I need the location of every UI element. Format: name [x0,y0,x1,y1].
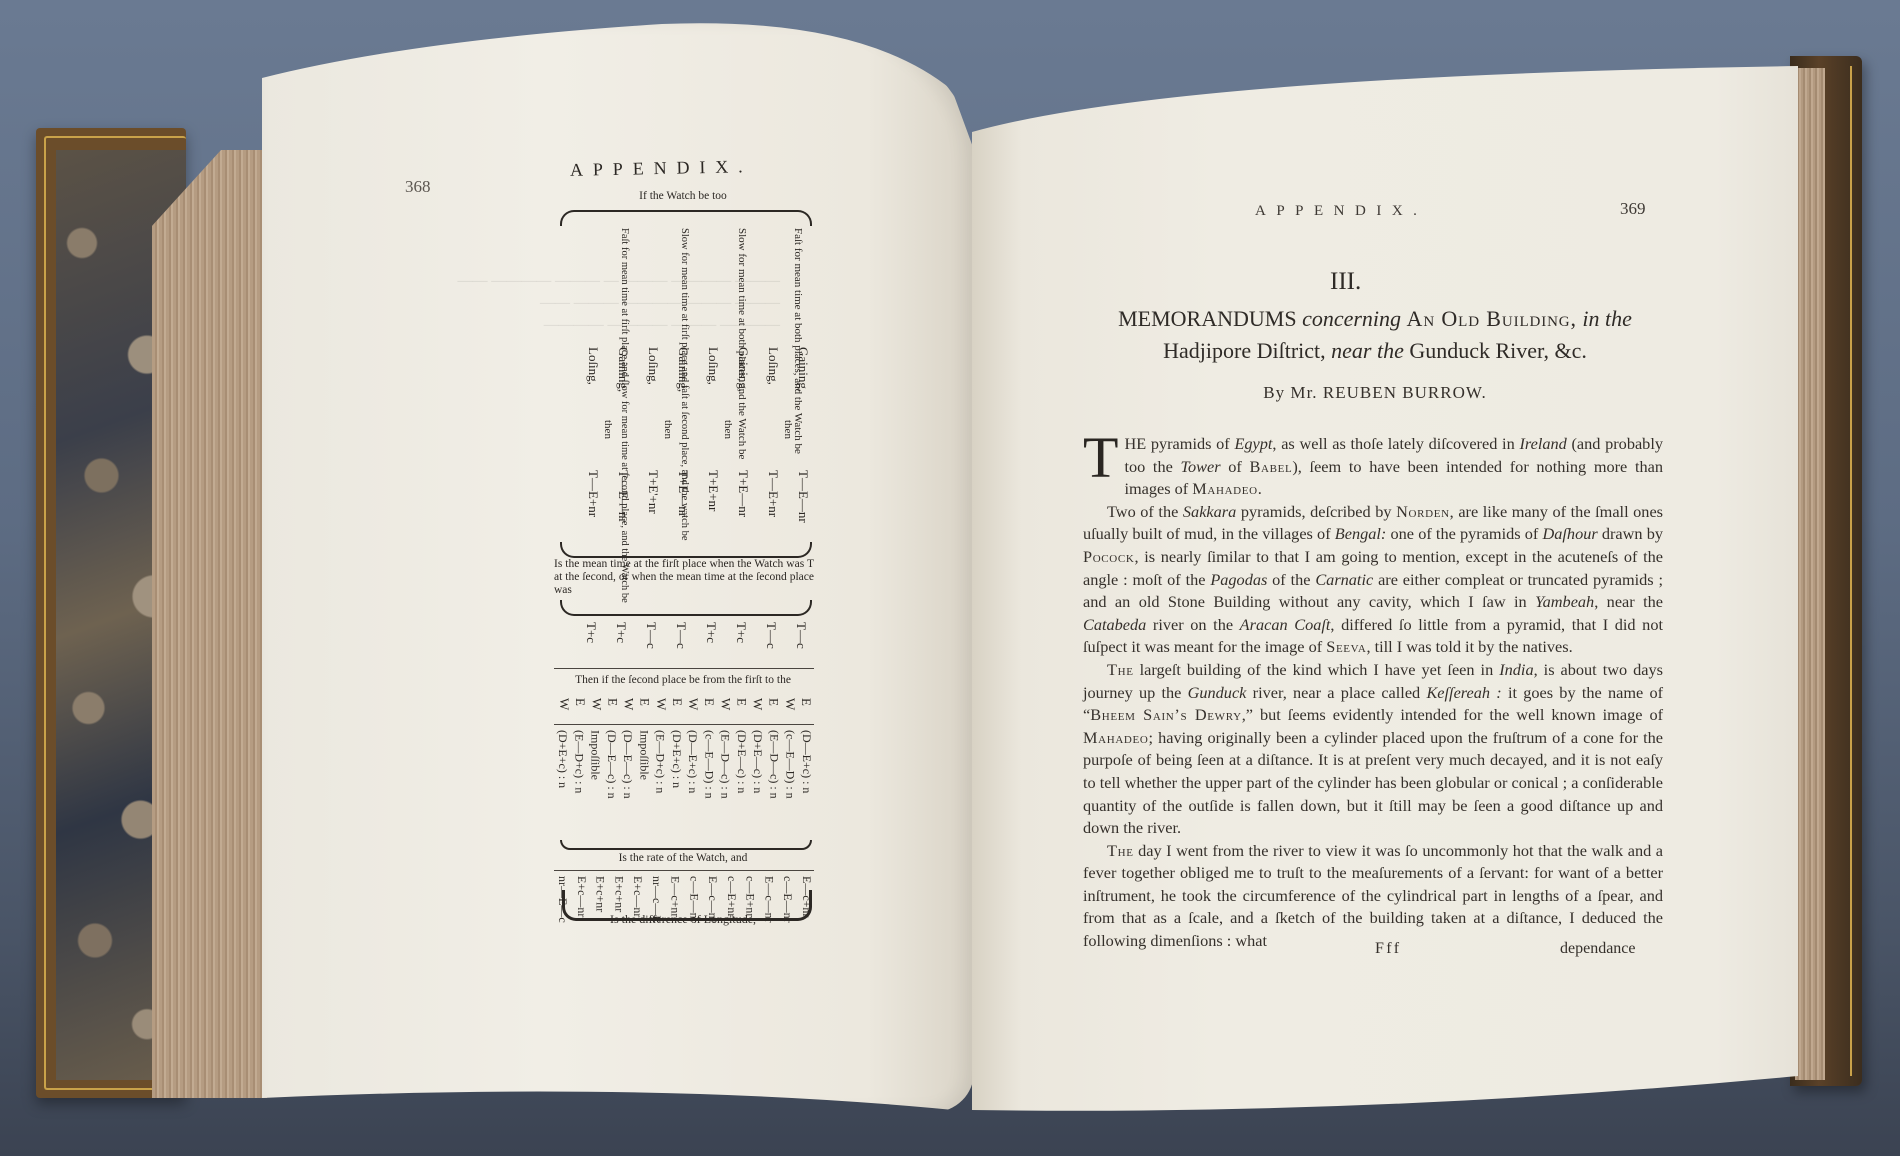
direction: E [766,698,782,710]
text-run: , till I was told it by the natives. [1366,637,1572,656]
brace [560,210,812,226]
text-run: pyramids, deſcribed by [1236,502,1396,521]
title-part: Gunduck River, &c. [1409,338,1587,363]
expr: T—E+nr [586,470,600,540]
table-caption-top: If the Watch be too [548,190,818,202]
rule [554,668,814,669]
text-run: , near the [1594,592,1663,611]
left-page-block-edge [152,150,267,1098]
gain-lose-label: Gaining, [736,347,750,407]
gilt-border [1850,66,1852,1076]
text-run: largeſt building of the kind which I hav… [1134,660,1500,679]
title-part: Hadjipore Diſtrict, [1163,338,1326,363]
text-run: Bengal: [1335,524,1387,543]
text-run: Carnatic [1315,570,1373,589]
brace [560,600,812,616]
direction: E [637,698,653,710]
paragraph: THE pyramids of Egypt, as well as thoſe … [1083,433,1663,501]
direction: E [701,698,717,710]
rate-expr: (E—D—c) : n [767,730,781,830]
text-run: , as well as thoſe lately diſcovered in [1272,434,1519,453]
then-label: then [602,420,614,460]
text-run: Pocock [1083,547,1134,566]
direction: W [588,698,604,710]
expr: T+c [704,622,718,662]
title-part: MEMORANDUMS [1118,306,1296,331]
table-caption-bottom: Is the difference of Longitude, [548,912,818,927]
expr: T—c [794,622,808,662]
gain-lose-label: Gaining, [796,347,810,407]
rate-caption: Is the rate of the Watch, and [548,852,818,864]
rate-expr: (D—E—c) : n [621,730,635,830]
expr: T+E—nr [736,470,750,540]
text-run: India [1499,660,1533,679]
article-title-line-1: MEMORANDUMS concerning An Old Building, … [1080,306,1670,332]
catchword: dependance [1560,940,1636,958]
author-name: REUBEN BURROW. [1323,383,1487,402]
rate-expr: (E—D—c) : n [719,730,733,830]
text-run: Daſhour [1543,524,1598,543]
text-run: HE pyramids of [1124,434,1234,453]
gain-lose-label: Gaining, [616,347,630,407]
text-run: The [1107,660,1134,679]
title-part: in the [1582,306,1632,331]
gain-lose-label: Loſing, [706,347,720,407]
text-run: . [1258,479,1262,498]
rate-expr: (E—D+c) : n [572,730,586,830]
watch-longitude-table: If the Watch be too Faſt for mean time a… [548,190,818,930]
rate-expr: (D+E—c) : n [751,730,765,830]
direction: W [621,698,637,710]
brace [560,840,812,850]
direction: W [782,698,798,710]
text-run: day I went from the river to view it was… [1083,841,1663,950]
expr: T+E+nr [706,470,720,540]
gain-lose-label: Gaining, [676,347,690,407]
text-run: Yambeah [1535,592,1594,611]
expr: T—E+nr [766,470,780,540]
text-run: Gunduck [1188,683,1247,702]
direction: E [572,698,588,710]
rate-expr: (D+E+c) : n [556,730,570,830]
mean-time-caption: Is the mean time at the firſt place when… [554,558,814,597]
text-run: Keſſereah : [1426,683,1501,702]
then-label: then [662,420,674,460]
paragraph: The largeſt building of the kind which I… [1083,659,1663,840]
case-text: Faſt for mean time at firſt place and ſl… [564,228,630,340]
text-run: river, near a place called [1246,683,1426,702]
rate-expr: Impoſſible [637,730,651,830]
direction: E [798,698,814,710]
rate-expr: (D+E+c) : n [670,730,684,830]
paragraph: The day I went from the river to view it… [1083,840,1663,953]
expr: T+E'+nr [646,470,660,540]
case-text: Slow for mean time at both places, and t… [704,228,748,340]
gain-lose-label: Loſing, [766,347,780,407]
drop-cap: T [1083,435,1118,481]
rate-expr: (c—E—D) : n [784,730,798,830]
text-run: Bheem Sain’s Dewry [1090,705,1241,724]
text-run: Seeva [1326,637,1366,656]
page-number: 369 [1620,199,1646,219]
rate-expr: (D—E+c) : n [686,730,700,830]
title-part: An Old Building, [1407,306,1577,331]
text-run: Mahadeo [1083,728,1148,747]
page-number: 368 [405,177,431,197]
expr: T—E—nr [616,470,630,540]
expr: T+c [614,622,628,662]
text-run: Mahadeo [1192,479,1257,498]
text-run: Norden [1396,502,1450,521]
text-run: river on the [1146,615,1239,634]
article-body: THE pyramids of Egypt, as well as thoſe … [1083,433,1663,953]
text-run: of the [1267,570,1315,589]
text-run: one of the pyramids of [1386,524,1542,543]
case-text: Slow for mean time at firſt place and fa… [634,228,690,340]
expr: T—c [764,622,778,662]
expr: T+E—nr [676,470,690,540]
text-run: Catabeda [1083,615,1146,634]
text-run: ; having originally been a cylinder plac… [1083,728,1663,837]
text-run: Babel [1250,457,1293,476]
text-run: Tower [1180,457,1220,476]
paragraph: Two of the Sakkara pyramids, deſcribed b… [1083,501,1663,659]
rule [554,724,814,725]
direction: E [604,698,620,710]
rate-expr: (c—E—D) : n [702,730,716,830]
gain-lose-label: Loſing, [646,347,660,407]
text-run: Two of the [1107,502,1183,521]
title-part: concerning [1302,306,1401,331]
text-run: drawn by [1598,524,1663,543]
signature-mark: Fff [1375,940,1401,958]
right-page-block-edge [1795,68,1825,1080]
direction: W [750,698,766,710]
gain-lose-label: Loſing, [586,347,600,407]
text-run: Sakkara [1183,502,1236,521]
article-title-line-2: Hadjipore Diſtrict, near the Gunduck Riv… [1080,338,1670,364]
byline-prefix: By Mr. [1263,383,1317,402]
direction-caption: Then if the ſecond place be from the fir… [548,674,818,686]
then-label: then [722,420,734,460]
direction: E [669,698,685,710]
running-head: APPENDIX. [570,156,753,181]
direction: W [556,698,572,710]
expr: T—c [674,622,688,662]
rate-expr: (E—D+c) : n [654,730,668,830]
text-run: of [1221,457,1250,476]
direction-row: E W E W E W E W E W E W E W E W [556,698,814,710]
expr: T—E—nr [796,470,810,540]
expr: T—c [644,622,658,662]
text-run: Ireland [1519,434,1566,453]
brace [560,542,812,558]
expr: T+c [734,622,748,662]
rate-expr: (D—E—c) : n [605,730,619,830]
then-label: then [782,420,794,460]
text-run: ,” but ſeems evidently intended for the … [1242,705,1663,724]
title-part: near the [1331,338,1404,363]
rate-expr: Impoſſible [589,730,603,830]
running-head: APPENDIX. [1255,203,1427,220]
rate-expr: (D—E+c) : n [800,730,814,830]
text-run: The [1107,841,1134,860]
direction: W [685,698,701,710]
text-run: Pagodas [1210,570,1267,589]
rule [554,870,814,871]
text-run: Aracan Coaſt [1240,615,1331,634]
case-text: Faſt for mean time at both places, and t… [760,228,804,340]
direction: W [717,698,733,710]
direction: W [653,698,669,710]
rate-expr: (D+E—c) : n [735,730,749,830]
expr: T+c [584,622,598,662]
rate-row: (D—E+c) : n (c—E—D) : n (E—D—c) : n (D+E… [556,730,814,830]
direction: E [733,698,749,710]
text-run: Egypt [1234,434,1272,453]
section-number: III. [1330,268,1361,296]
byline: By Mr. REUBEN BURROW. [1080,383,1670,403]
